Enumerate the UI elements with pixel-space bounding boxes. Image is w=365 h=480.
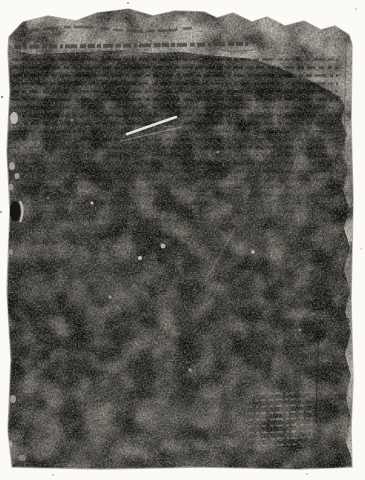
stele-photograph bbox=[0, 0, 365, 480]
left-edge-hole bbox=[10, 201, 21, 221]
photo-page bbox=[0, 0, 365, 480]
inscription-patch-bottom-right bbox=[245, 388, 315, 448]
stele-photo-canvas bbox=[0, 0, 365, 480]
inscription-striations bbox=[12, 54, 338, 264]
